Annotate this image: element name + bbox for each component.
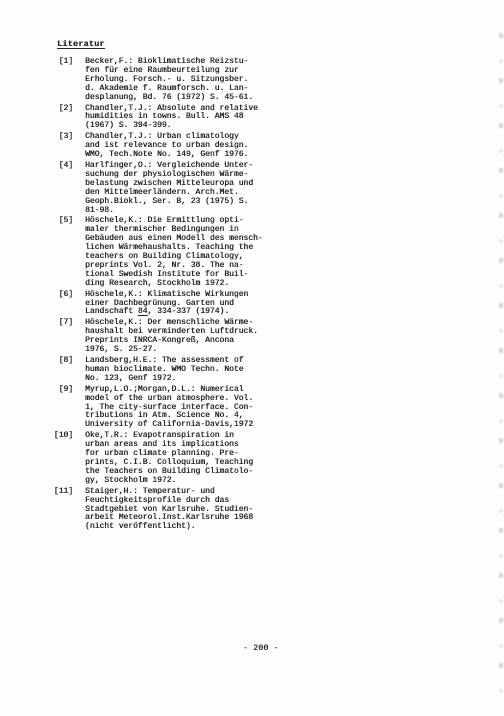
reference-item: [6]Höschele,K.: Klimatische Wirkungenein…	[52, 291, 342, 318]
reference-item: [7]Höschele,K.: Der menschliche Wärme-ha…	[52, 319, 342, 355]
reference-item: [3]Chandler,T.J.: Urban climatologyand i…	[52, 133, 342, 160]
reference-label: [9]	[52, 386, 73, 431]
underlined-volume-number: 84	[138, 307, 148, 316]
reference-label: [1]	[52, 58, 73, 103]
reference-item: [5]Höschele,K.: Die Ermittlung opti-male…	[52, 217, 342, 288]
reference-item: [9]Myrup,L.O.;Morgan,D.L.: Numericalmode…	[52, 386, 342, 431]
reference-label: [3]	[52, 133, 73, 160]
reference-text: Höschele,K.: Der menschliche Wärme-haush…	[85, 319, 258, 355]
reference-label: [5]	[52, 217, 73, 288]
reference-text: Höschele,K.: Die Ermittlung opti-maler t…	[85, 217, 263, 288]
reference-item: [1]Becker,F.: Bioklimatische Reizstu-fen…	[52, 58, 342, 103]
page-number: - 200 -	[243, 644, 279, 653]
reference-label: [7]	[52, 319, 73, 355]
reference-text: Becker,F.: Bioklimatische Reizstu-fen fü…	[85, 58, 253, 103]
reference-text: Myrup,L.O.;Morgan,D.L.: Numericalmodel o…	[85, 386, 253, 431]
reference-text: Chandler,T.J.: Absolute and relativehumi…	[85, 105, 258, 132]
reference-label: [8]	[52, 357, 73, 384]
reference-text: Harlfinger,O.: Vergleichende Unter-suchu…	[85, 162, 253, 215]
reference-text: Chandler,T.J.: Urban climatologyand ist …	[85, 133, 248, 160]
reference-item: [4]Harlfinger,O.: Vergleichende Unter-su…	[52, 162, 342, 215]
reference-label: [11]	[52, 488, 73, 533]
reference-label: [6]	[52, 291, 73, 318]
reference-text: Höschele,K.: Klimatische Wirkungeneiner …	[85, 291, 248, 318]
reference-list: [1]Becker,F.: Bioklimatische Reizstu-fen…	[52, 58, 342, 534]
document-page: Literatur [1]Becker,F.: Bioklimatische R…	[0, 0, 504, 716]
reference-item: [10]Oke,T.R.: Evapotranspiration inurban…	[52, 432, 342, 485]
reference-text-segment: , 334-337 (1974).	[147, 307, 229, 316]
reference-label: [10]	[52, 432, 73, 485]
reference-label: [4]	[52, 162, 73, 215]
reference-item: [2]Chandler,T.J.: Absolute and relativeh…	[52, 105, 342, 132]
section-heading: Literatur	[57, 39, 105, 49]
reference-item: [11]Staiger,H.: Temperatur- undFeuchtigk…	[52, 488, 342, 533]
scan-edge-artifacts	[499, 18, 503, 708]
reference-text: Landsberg,H.E.: The assessment ofhuman b…	[85, 357, 243, 384]
reference-text: Oke,T.R.: Evapotranspiration inurban are…	[85, 432, 253, 485]
reference-text-segment: Landschaft	[85, 307, 138, 316]
reference-text: Staiger,H.: Temperatur- undFeuchtigkeits…	[85, 488, 253, 533]
reference-item: [8]Landsberg,H.E.: The assessment ofhuma…	[52, 357, 342, 384]
reference-label: [2]	[52, 105, 73, 132]
